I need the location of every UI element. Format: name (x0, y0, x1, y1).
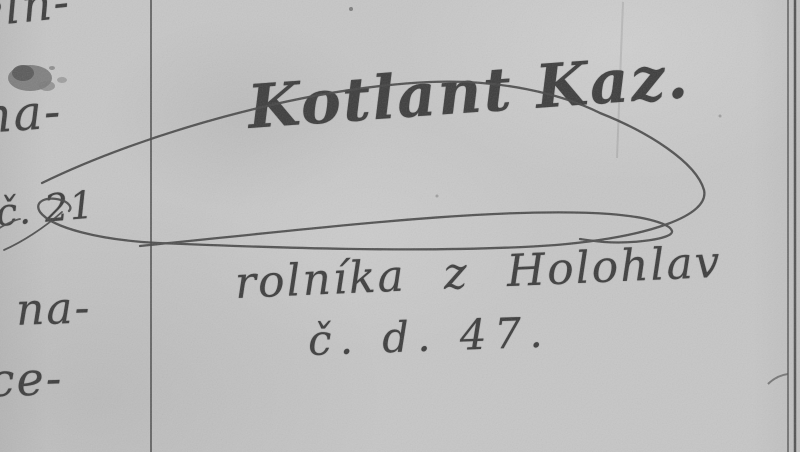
occupation-place-line: rolníka z Holohlav (234, 241, 722, 306)
margin-fragment-lce: lce- (0, 355, 64, 404)
margin-fragment-eln: eln- (0, 0, 73, 34)
signature-text: Kotlant Kaz. (246, 47, 692, 138)
scanned-register-page: eln- ma- č. 21 , na- lce- Kotlant Kaz. r… (0, 0, 800, 452)
margin-fragment-number-21: č. 21 (0, 185, 96, 231)
margin-fragment-ma: ma- (0, 87, 64, 142)
house-number-line: č. d. 47. (307, 312, 551, 362)
margin-fragment-na: , na- (0, 286, 92, 334)
